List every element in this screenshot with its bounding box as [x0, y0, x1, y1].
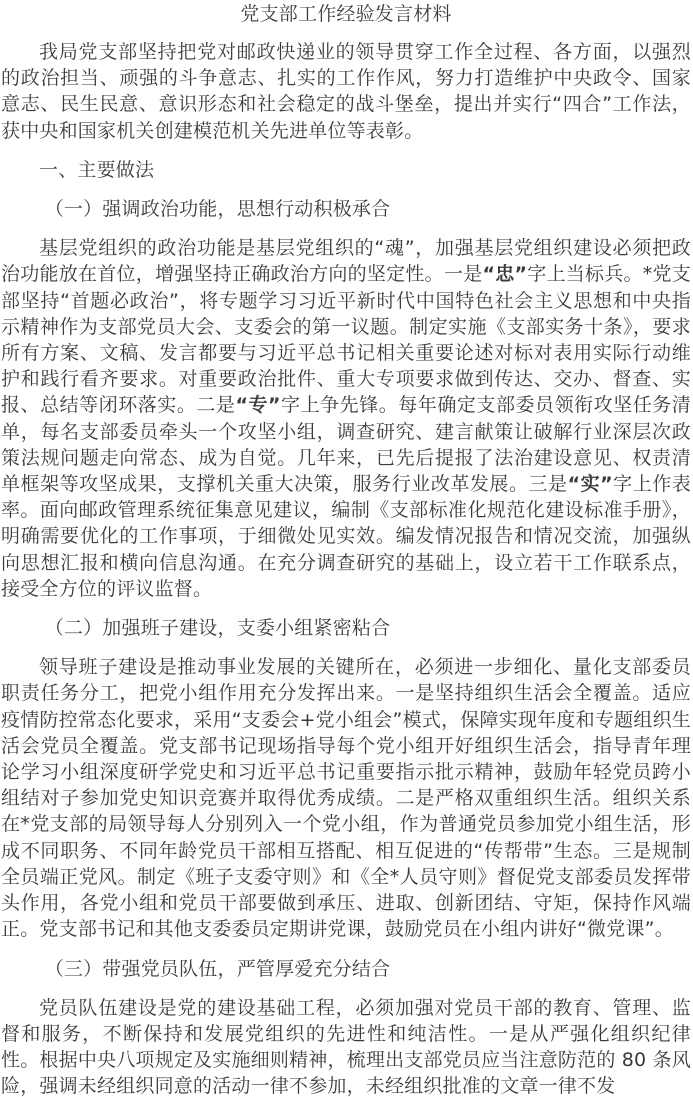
subsection-heading-1: （一）强调政治功能，思想行动积极承合 [1, 196, 691, 222]
intro-paragraph: 我局党支部坚持把党对邮政快递业的领导贯穿工作全过程、各方面，以强烈的政治担当、顽… [1, 39, 691, 144]
document-title: 党支部工作经验发言材料 [1, 0, 691, 27]
subsection-3-paragraph: 党员队伍建设是党的建设基础工程，必须加强对党员干部的教育、管理、监督和服务，不断… [1, 995, 691, 1097]
subsection-2-paragraph: 领导班子建设是推动事业发展的关键所在，必须进一步细化、量化支部委员职责任务分工，… [1, 654, 691, 942]
bold-keyword-practical: “实” [568, 473, 613, 495]
subsection-heading-3: （三）带强党员队伍，严管厚爱充分结合 [1, 956, 691, 982]
subsection-1-paragraph: 基层党组织的政治功能是基层党组织的“魂”，加强基层党组织建设必须把政治功能放在首… [1, 235, 691, 602]
subsection-heading-2: （二）加强班子建设，支委小组紧密粘合 [1, 615, 691, 641]
bold-keyword-expertise: “专” [235, 394, 280, 416]
document: 党支部工作经验发言材料 我局党支部坚持把党对邮政快递业的领导贯穿工作全过程、各方… [0, 0, 693, 1097]
section-heading-main-practices: 一、主要做法 [1, 157, 691, 183]
bold-keyword-loyalty: “忠” [482, 263, 527, 285]
